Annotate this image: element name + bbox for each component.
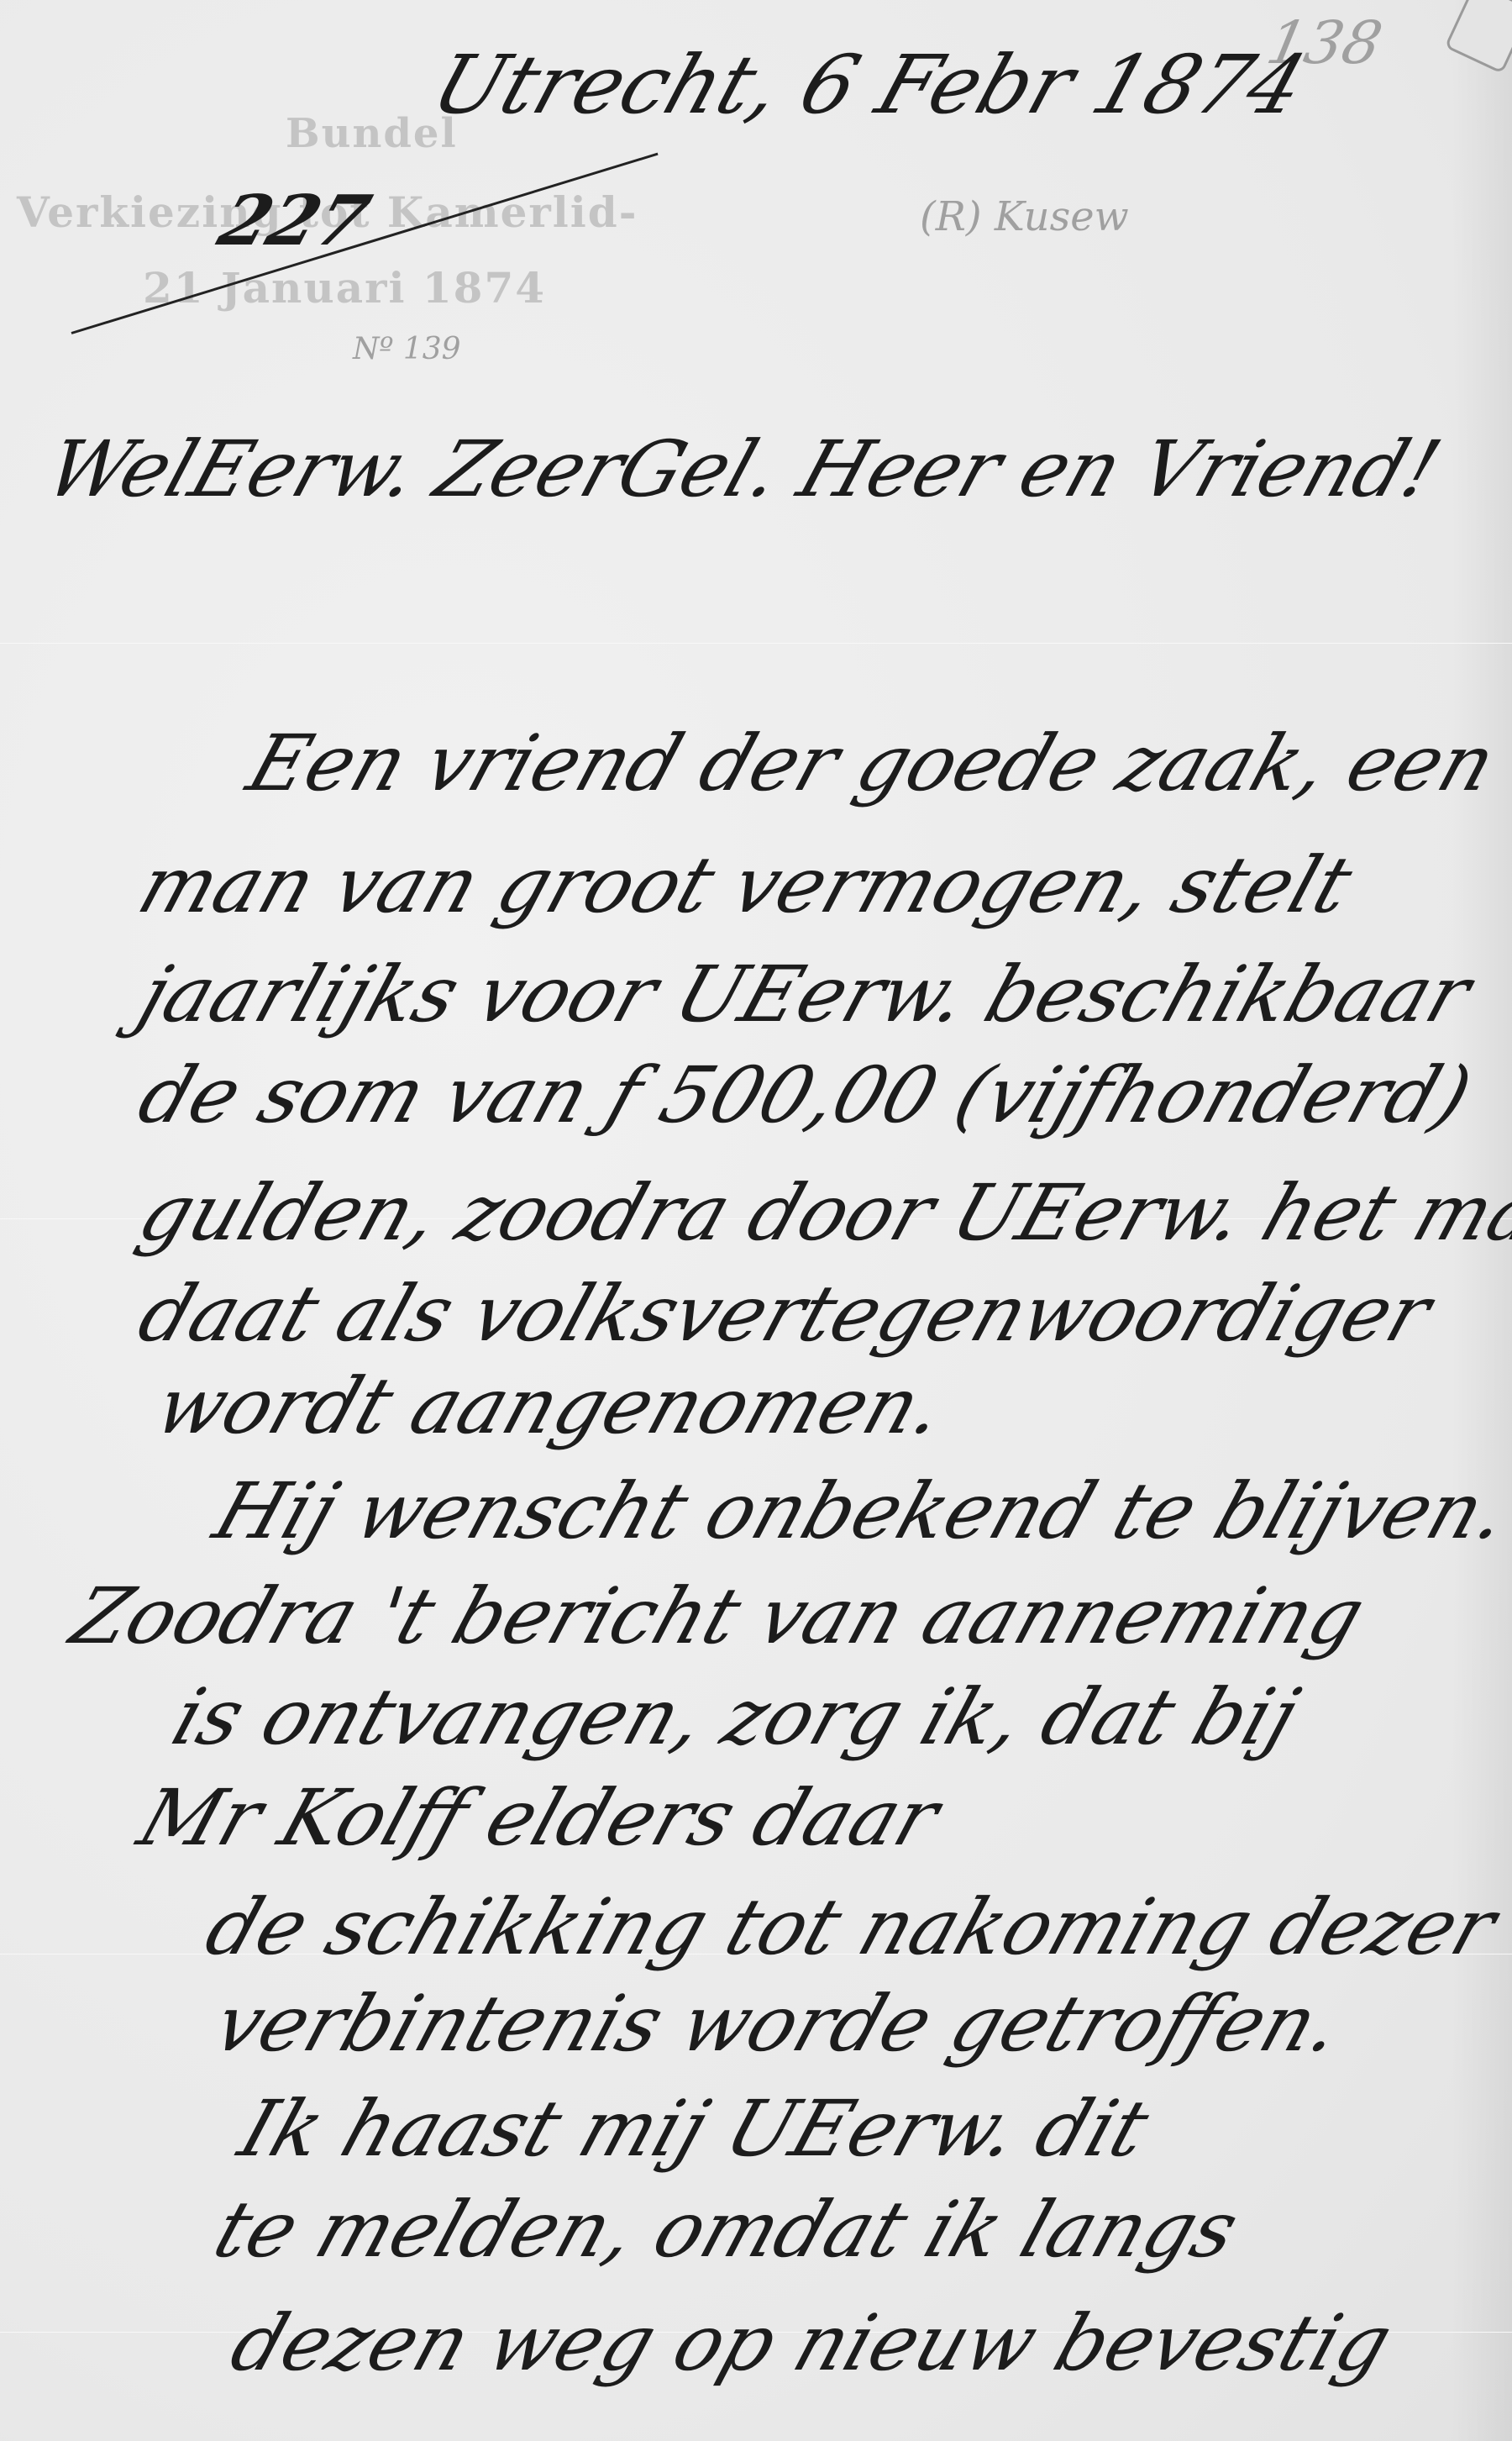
archive-stamp-line3: 21 Januari 1874 [143, 267, 546, 309]
body-line: wordt aangenomen. [145, 1361, 956, 1451]
body-line: gulden, zoodra door UEerw. het man- [129, 1168, 1512, 1258]
document-number: 227 [209, 181, 379, 261]
body-line: Zoodra 't bericht van aanneming [61, 1571, 1375, 1661]
body-line: man van groot vermogen, stelt [129, 840, 1363, 930]
body-line: Hij wenscht onbekend te blijven. [204, 1466, 1512, 1556]
reference-note: Nº 139 [353, 332, 461, 366]
recipient-note: (R) Kusew [920, 193, 1129, 240]
body-line: is ontvangen, zorg ik, dat bij [162, 1672, 1310, 1762]
body-line: verbintenis worde getroffen. [204, 1979, 1353, 2069]
body-line: te melden, omdat ik langs [204, 2185, 1249, 2275]
body-line: de schikking tot nakoming dezer [196, 1882, 1507, 1972]
place-date: Utrecht, 6 Febr 1874 [422, 38, 1317, 132]
body-line: daat als volksvertegenwoordiger [129, 1269, 1442, 1359]
salutation: WelEerw. ZeerGel. Heer en Vriend! [36, 424, 1452, 514]
body-line: Een vriend der goede zaak, een [238, 718, 1507, 808]
body-line: Mr Kolff elders daar [129, 1773, 950, 1863]
body-line: jaarlijks voor UEerw. beschikbaar [129, 950, 1482, 1039]
scan-artifact-line [0, 643, 1512, 644]
letter-page: Bundel Verkiezing tot Kamerlid- 21 Janua… [0, 0, 1512, 2441]
corner-paper-fold [1444, 0, 1512, 74]
body-line: dezen weg op nieuw bevestig [221, 2298, 1403, 2388]
body-line: de som van ƒ 500,00 (vijfhonderd) [129, 1050, 1483, 1140]
body-line: Ik haast mij UEerw. dit [229, 2084, 1160, 2174]
